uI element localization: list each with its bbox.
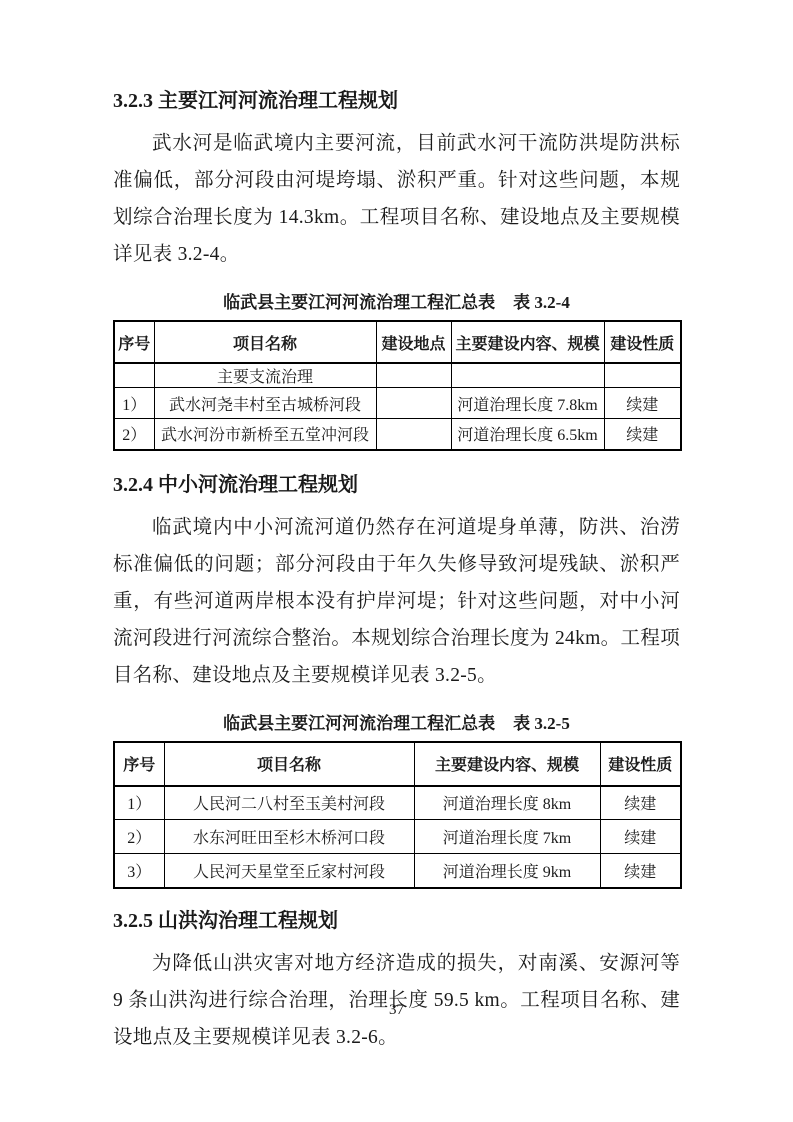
table-325-header-cell: 序号 (114, 742, 164, 786)
table-cell: 1） (114, 388, 154, 419)
table-cell: 续建 (604, 388, 681, 419)
table-cell (376, 419, 451, 450)
table-325: 序号 项目名称 主要建设内容、规模 建设性质 1） 人民河二八村至玉美村河段 河… (113, 741, 682, 889)
table-cell: 2） (114, 419, 154, 450)
table-324-header-cell: 主要建设内容、规模 (451, 321, 604, 363)
table-cell (114, 363, 154, 388)
table-cell (376, 363, 451, 388)
table-cell: 续建 (600, 786, 681, 820)
table-cell: 河道治理长度 7km (414, 820, 600, 854)
table-325-header-cell: 项目名称 (164, 742, 414, 786)
table-325-header-cell: 建设性质 (600, 742, 681, 786)
table-324-header-row: 序号 项目名称 建设地点 主要建设内容、规模 建设性质 (114, 321, 681, 363)
table-row: 3） 人民河天星堂至丘家村河段 河道治理长度 9km 续建 (114, 854, 681, 888)
table-324: 序号 项目名称 建设地点 主要建设内容、规模 建设性质 主要支流治理 1） 武水… (113, 320, 682, 451)
table-cell: 人民河天星堂至丘家村河段 (164, 854, 414, 888)
table-row: 2） 武水河汾市新桥至五堂冲河段 河道治理长度 6.5km 续建 (114, 419, 681, 450)
table-cell: 续建 (600, 854, 681, 888)
table-cell: 1） (114, 786, 164, 820)
table-325-title: 临武县主要江河河流治理工程汇总表表 3.2-5 (113, 709, 680, 734)
section-paragraph-323: 武水河是临武境内主要河流，目前武水河干流防洪堤防洪标准偏低，部分河段由河堤垮塌、… (113, 125, 680, 273)
section-heading-325: 3.2.5 山洪沟治理工程规划 (113, 906, 680, 936)
section-paragraph-325: 为降低山洪灾害对地方经济造成的损失，对南溪、安源河等 9 条山洪沟进行综合治理，… (113, 945, 680, 1056)
page-number: 37 (0, 1002, 793, 1019)
table-cell: 武水河汾市新桥至五堂冲河段 (154, 419, 376, 450)
table-row: 2） 水东河旺田至杉木桥河口段 河道治理长度 7km 续建 (114, 820, 681, 854)
table-cell (604, 363, 681, 388)
table-324-header-cell: 项目名称 (154, 321, 376, 363)
table-cell: 河道治理长度 7.8km (451, 388, 604, 419)
table-cell: 主要支流治理 (154, 363, 376, 388)
table-cell (376, 388, 451, 419)
table-row: 1） 人民河二八村至玉美村河段 河道治理长度 8km 续建 (114, 786, 681, 820)
table-cell (451, 363, 604, 388)
table-cell: 续建 (600, 820, 681, 854)
table-cell: 人民河二八村至玉美村河段 (164, 786, 414, 820)
table-cell: 河道治理长度 6.5km (451, 419, 604, 450)
table-325-title-text: 临武县主要江河河流治理工程汇总表 (223, 714, 495, 733)
table-325-header-cell: 主要建设内容、规模 (414, 742, 600, 786)
section-heading-324: 3.2.4 中小河流治理工程规划 (113, 470, 680, 500)
table-cell: 河道治理长度 8km (414, 786, 600, 820)
table-324-header-cell: 序号 (114, 321, 154, 363)
table-324-header-cell: 建设性质 (604, 321, 681, 363)
table-row: 主要支流治理 (114, 363, 681, 388)
table-cell: 3） (114, 854, 164, 888)
section-heading-323: 3.2.3 主要江河河流治理工程规划 (113, 86, 680, 116)
table-324-header-cell: 建设地点 (376, 321, 451, 363)
table-324-title: 临武县主要江河河流治理工程汇总表表 3.2-4 (113, 288, 680, 313)
table-324-title-text: 临武县主要江河河流治理工程汇总表 (223, 293, 495, 312)
table-325-header-row: 序号 项目名称 主要建设内容、规模 建设性质 (114, 742, 681, 786)
table-row: 1） 武水河尧丰村至古城桥河段 河道治理长度 7.8km 续建 (114, 388, 681, 419)
table-cell: 续建 (604, 419, 681, 450)
document-page: 3.2.3 主要江河河流治理工程规划 武水河是临武境内主要河流，目前武水河干流防… (0, 0, 793, 1122)
table-cell: 水东河旺田至杉木桥河口段 (164, 820, 414, 854)
table-325-title-tag: 表 3.2-5 (513, 714, 570, 733)
section-paragraph-324: 临武境内中小河流河道仍然存在河道堤身单薄，防洪、治涝标准偏低的问题；部分河段由于… (113, 509, 680, 694)
table-cell: 河道治理长度 9km (414, 854, 600, 888)
table-cell: 2） (114, 820, 164, 854)
table-cell: 武水河尧丰村至古城桥河段 (154, 388, 376, 419)
table-324-title-tag: 表 3.2-4 (513, 293, 570, 312)
